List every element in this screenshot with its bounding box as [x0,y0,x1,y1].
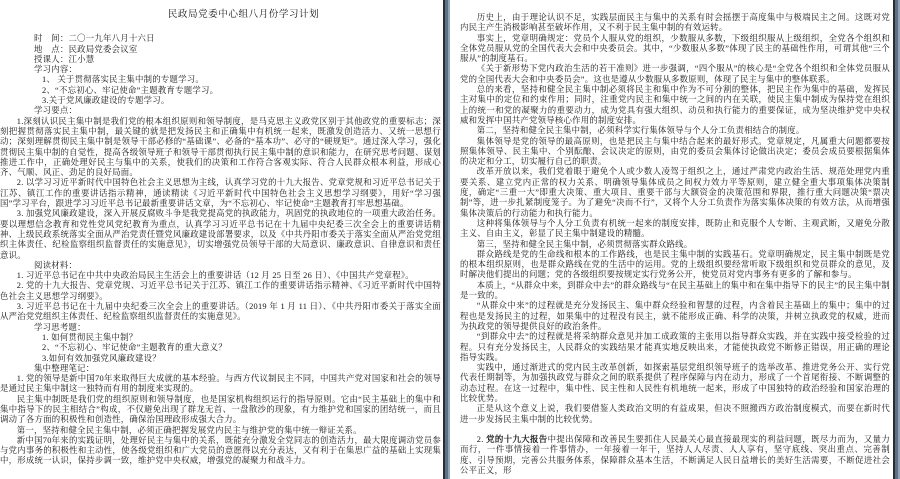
paragraph: 群众路线是党的生命线和根本的工作路线，也是民主集中制的实践基石。党章明确规定，民… [460,250,890,281]
paragraph: 民主集中制既是我们党的组织原则和领导制度，也是国家机构组织运行的指导原则。它由“… [0,395,441,426]
page-edge-gap [893,0,900,479]
paragraph: 改革开放以来，我们党着眼于避免个人或少数人凌驾于组织之上，通过严肃党内政治生活、… [460,167,890,218]
paragraph: 历史上，由于理论认识不足，实践层面民主与集中的关系有时会摇摆于高度集中与极端民主… [460,13,890,34]
paragraph: 2. 党的十九大报告、党章党规、习近平总书记关于江苏、镇江工作的重要讲话指示精神… [0,281,441,302]
document-title: 民政局党委中心组八月份学习计划 [46,10,441,20]
paragraph: 集体领导是党的领导的最高原则，也是把民主与集中结合起来的最好形式。党章规定，凡属… [460,137,890,168]
list-item: 3.关于党风廉政建设的专题学习。 [42,96,441,106]
meta-line: 地 点：民政局党委会议室 [34,45,441,55]
paragraph: 总的来看，坚持和健全民主集中制必须将民主和集中作为不可分割的整体，把民主作为集中… [460,85,890,126]
list-item: 1、 关于贯彻落实民主集中制的专题学习。 [42,75,441,85]
paragraph: 1. 习近平总书记在中共中央政治局民主生活会上的重要讲话（12 月 25 日至 … [0,271,441,281]
spacer [460,425,890,435]
paragraph: 2. 以学习习近平新时代中国特色社会主义思想为主线，认真学习党的十九大报告、党章… [0,178,441,209]
meta-line: 时 间：二〇一九年八月十六日 [34,34,441,44]
paragraph: 新中国70年来的实践证明，处理好民主与集中的关系，既能充分激发全党同志的创造活力… [0,436,441,467]
section-label: 学习内容： [34,65,441,75]
paragraph: 第二，坚持和健全民主集中制，必须科学实行集体领导与个人分工负责相结合的制度。 [460,126,890,136]
paragraph: “从群众中来”的过程就是充分发扬民主、集中群众经验和智慧的过程，内含着民主基础上… [460,301,890,332]
paragraph: 正是从这个意义上说，我们要借鉴人类政治文明的有益成果，但决不照搬西方政治制度模式… [460,404,890,425]
page-right: 历史上，由于理论认识不足，实践层面民主与集中的关系有时会摇摆于高度集中与极端民主… [450,0,893,479]
paragraph: 2. 党的十九大报告中提出保障和改善民生要抓住人民最关心最直接最现实的利益问题，… [460,435,890,476]
paragraph: 3. 习近平总书记在十九届中央纪委三次全会上的重要讲话。（2019 年 1 月 … [0,302,441,323]
list-item: 2、“不忘初心、牢记使命”主题教育专题学习。 [42,86,441,96]
section-label: 集中整理笔记： [34,364,441,374]
list-item: 3.如何有效加强党风廉政建设？ [42,354,441,364]
paragraph: 第三，坚持和健全民主集中制，必须贯彻落实群众路线。 [460,240,890,250]
section-label: 学习思考题： [34,323,441,333]
paragraph: 事实上，党章明确规定：党员个人服从党的组织，少数服从多数，下级组织服从上级组织，… [460,34,890,65]
section-label: 学习要点： [34,106,441,116]
page-left: 民政局党委中心组八月份学习计划 时 间：二〇一九年八月十六日地 点：民政局党委会… [0,0,443,479]
list-item: 1. 如何贯彻民主集中制？ [42,333,441,343]
list-item: 2、“不忘初心、牢记使命”主题教育的重大意义？ [42,343,441,353]
paragraph: “到群众中去”的过程就是将采纳群众意见并加工成政策的主张用以指导群众实践，并在实… [460,332,890,363]
paragraph: 1. 党的领导是新中国70年来取得巨大成就的基本经验。与西方代议制民主不同，中国… [0,374,441,395]
paragraph: 1.深刻认识民主集中制是我们党的根本组织原则和领导制度，是马克思主义政党区别于其… [0,117,441,179]
page-gap [443,0,450,479]
paragraph: 3. 加强党风廉政建设，深入开展反腐败斗争是我党提高党的执政能力，巩固党的执政地… [0,209,441,260]
paragraph: 第一，坚持和健全民主集中制，必须正确把握发展党内民主与维护党的集中统一辩证关系。 [0,426,441,436]
paragraph: 这种将集体领导与个人分工负责有机统一起来的制度安排，既防止和克服个人专断、主观武… [460,219,890,240]
meta-line: 授课人：江小慧 [34,55,441,65]
paragraph: 本质上，“从群众中来，到群众中去”的群众路线与“在民主基础上的集中和在集中指导下… [460,281,890,302]
paragraph: 《关于新形势下党内政治生活的若干准则》进一步强调，“四个服从”的核心是“全党各个… [460,64,890,85]
section-label: 阅读材料： [34,261,441,271]
paragraph: 实践中，通过渐进式的党内民主改革创新，如探索基层党组织领导班子的选举改革、推进党… [460,363,890,404]
document-viewer: 民政局党委中心组八月份学习计划 时 间：二〇一九年八月十六日地 点：民政局党委会… [0,0,900,479]
left-page-content: 时 间：二〇一九年八月十六日地 点：民政局党委会议室授课人：江小慧学习内容：1、… [0,34,441,466]
right-page-content: 历史上，由于理论认识不足，实践层面民主与集中的关系有时会摇摆于高度集中与极端民主… [460,13,890,476]
